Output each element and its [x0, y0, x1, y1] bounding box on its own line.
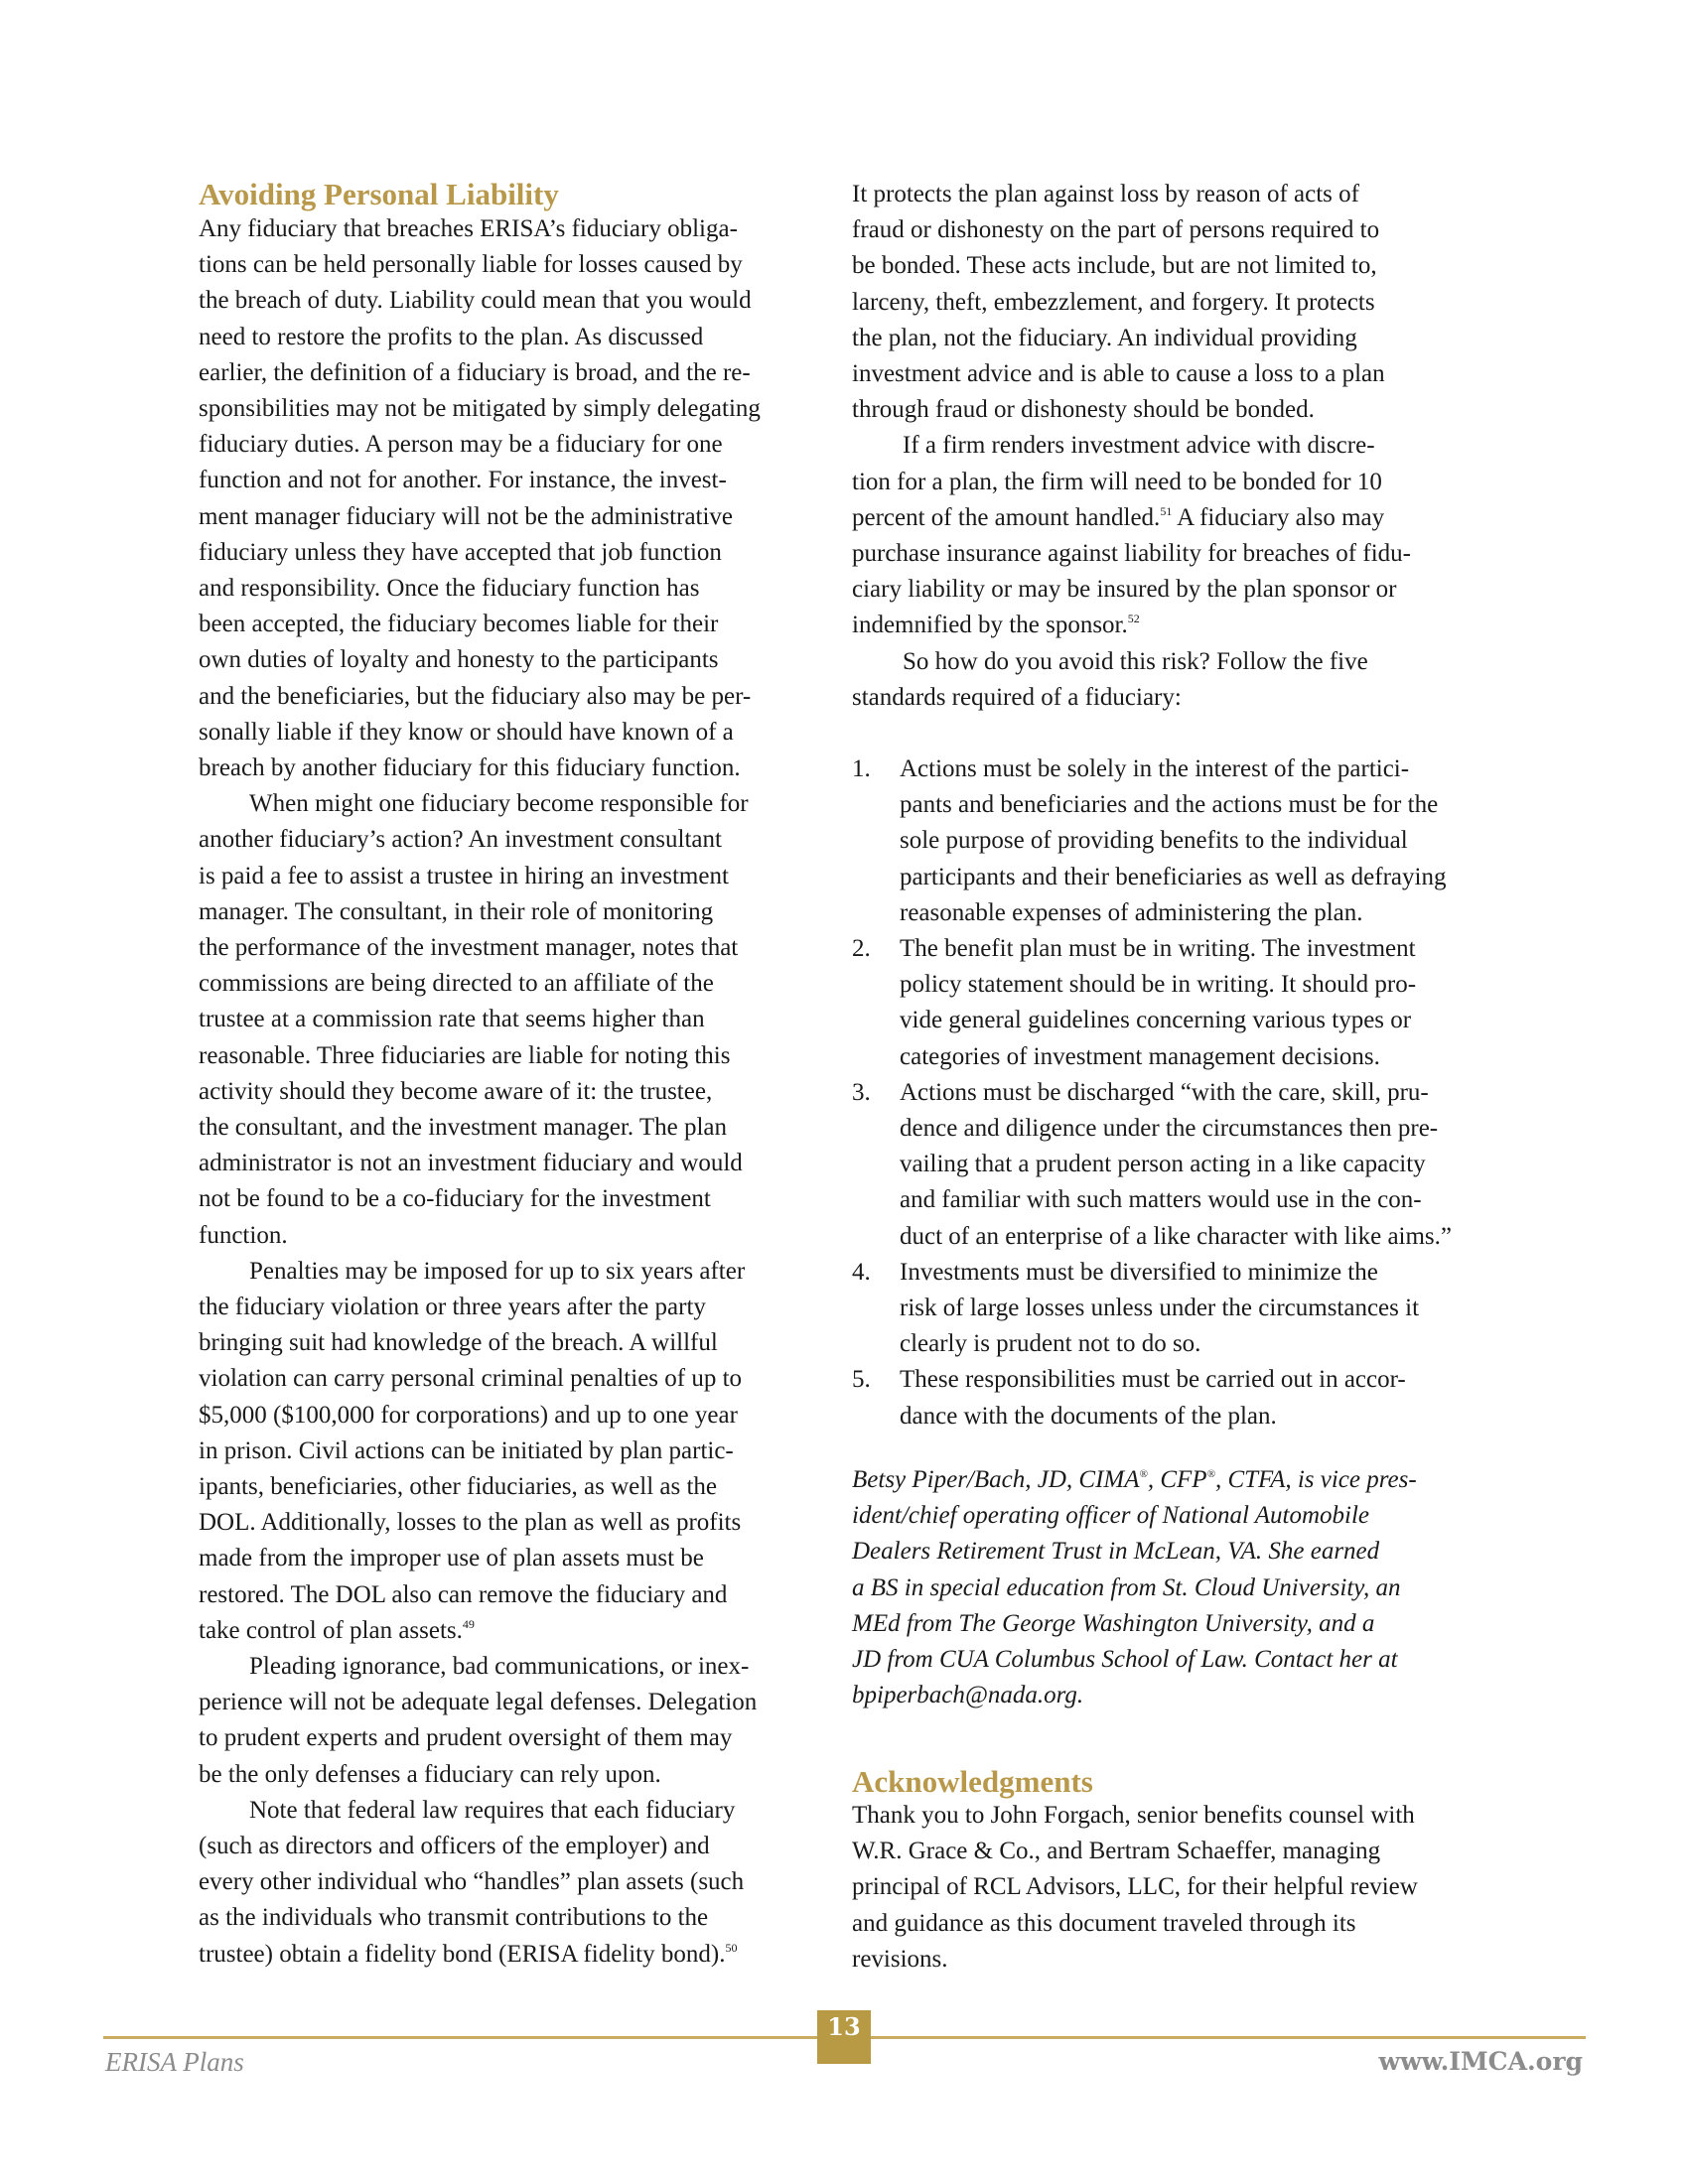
line-text: trustee) obtain a fidelity bond (ERISA f…	[199, 1941, 725, 1968]
bio-line: Betsy Piper/Bach, JD, CIMA®, CFP®, CTFA,…	[852, 1462, 1417, 1498]
paragraph-line: own duties of loyalty and honesty to the…	[199, 642, 719, 678]
footnote-reference[interactable]: 51	[1160, 504, 1172, 518]
line-text: another fiduciary’s action? An investmen…	[199, 826, 722, 853]
line-text: not be found to be a co-fiduciary for th…	[199, 1185, 711, 1212]
paragraph-line: ipants, beneficiaries, other fiduciaries…	[199, 1469, 717, 1505]
paragraph-line: every other individual who “handles” pla…	[199, 1864, 744, 1900]
line-text: reasonable. Three fiduciaries are liable…	[199, 1042, 730, 1069]
line-text: and responsibility. Once the fiduciary f…	[199, 575, 700, 602]
paragraph-line: DOL. Additionally, losses to the plan as…	[199, 1505, 741, 1541]
bio-line: a BS in special education from St. Cloud…	[852, 1570, 1401, 1606]
line-text: is paid a fee to assist a trustee in hir…	[199, 863, 729, 889]
paragraph-line: function.	[199, 1218, 288, 1254]
list-item-line: vailing that a prudent person acting in …	[900, 1147, 1426, 1182]
line-text: the consultant, and the investment manag…	[199, 1114, 727, 1141]
line-text: administrator is not an investment fiduc…	[199, 1150, 743, 1176]
line-text: every other individual who “handles” pla…	[199, 1868, 744, 1895]
line-text: violation can carry personal criminal pe…	[199, 1365, 742, 1392]
line-text: DOL. Additionally, losses to the plan as…	[199, 1509, 741, 1536]
paragraph-line: the fiduciary violation or three years a…	[199, 1290, 706, 1325]
paragraph-line: Penalties may be imposed for up to six y…	[249, 1254, 745, 1290]
line-text: So how do you avoid this risk? Follow th…	[903, 648, 1368, 675]
ack-line: Thank you to John Forgach, senior benefi…	[852, 1798, 1415, 1834]
list-item-line: dence and diligence under the circumstan…	[900, 1111, 1438, 1147]
list-number: 5.	[852, 1362, 871, 1398]
list-number: 2.	[852, 931, 871, 967]
paragraph-line: Note that federal law requires that each…	[249, 1793, 735, 1829]
line-text: purchase insurance against liability for…	[852, 540, 1411, 567]
paragraph-line: bringing suit had knowledge of the breac…	[199, 1325, 718, 1361]
paragraph-line: administrator is not an investment fiduc…	[199, 1146, 743, 1181]
paragraph-line: in prison. Civil actions can be initiate…	[199, 1433, 734, 1469]
list-item-line: categories of investment management deci…	[900, 1039, 1380, 1075]
author-email-link[interactable]: bpiperbach@nada.org.	[852, 1678, 1083, 1713]
list-item-line: and familiar with such matters would use…	[900, 1182, 1422, 1218]
paragraph-line: violation can carry personal criminal pe…	[199, 1361, 742, 1397]
line-text: (such as directors and officers of the e…	[199, 1833, 710, 1859]
paragraph-line: When might one fiduciary become responsi…	[249, 786, 749, 822]
line-text: and the beneficiaries, but the fiduciary…	[199, 683, 751, 710]
list-item-line: participants and their beneficiaries as …	[900, 860, 1446, 895]
list-item-line: sole purpose of providing benefits to th…	[900, 823, 1408, 859]
line-text: own duties of loyalty and honesty to the…	[199, 646, 719, 673]
list-item-line: reasonable expenses of administering the…	[900, 895, 1363, 931]
line-text: the plan, not the fiduciary. An individu…	[852, 325, 1357, 351]
paragraph-line: fiduciary duties. A person may be a fidu…	[199, 427, 723, 463]
footer-publication-title: ERISA Plans	[105, 2047, 244, 2078]
paragraph-line: another fiduciary’s action? An investmen…	[199, 822, 722, 858]
paragraph-line: perience will not be adequate legal defe…	[199, 1685, 757, 1720]
footnote-reference[interactable]: 49	[463, 1617, 475, 1631]
paragraph-line: earlier, the definition of a fiduciary i…	[199, 355, 751, 391]
line-text: take control of plan assets.	[199, 1617, 463, 1644]
paragraph-line: breach by another fiduciary for this fid…	[199, 751, 741, 786]
line-text: ment manager fiduciary will not be the a…	[199, 503, 733, 530]
list-item-line: Actions must be solely in the interest o…	[900, 751, 1409, 787]
paragraph-line: take control of plan assets.49	[199, 1613, 475, 1649]
paragraph-line: $5,000 ($100,000 for corporations) and u…	[199, 1398, 738, 1433]
paragraph-line: investment advice and is able to cause a…	[852, 356, 1385, 392]
ack-line: W.R. Grace & Co., and Bertram Schaeffer,…	[852, 1834, 1380, 1869]
line-text: percent of the amount handled.	[852, 504, 1160, 531]
list-item-line: pants and beneficiaries and the actions …	[900, 787, 1438, 823]
footnote-reference[interactable]: 50	[725, 1941, 737, 1955]
line-text: investment advice and is able to cause a…	[852, 360, 1385, 387]
list-item-line: Actions must be discharged “with the car…	[900, 1075, 1429, 1111]
ack-line: and guidance as this document traveled t…	[852, 1906, 1356, 1942]
line-text: tion for a plan, the firm will need to b…	[852, 469, 1382, 495]
bio-line: JD from CUA Columbus School of Law. Cont…	[852, 1642, 1398, 1678]
paragraph-line: larceny, theft, embezzlement, and forger…	[852, 285, 1375, 321]
paragraph-line: ment manager fiduciary will not be the a…	[199, 499, 733, 535]
list-item-line: These responsibilities must be carried o…	[900, 1362, 1406, 1398]
line-text: Any fiduciary that breaches ERISA’s fidu…	[199, 215, 738, 242]
line-text: If a firm renders investment advice with…	[903, 432, 1375, 459]
line-text: fiduciary duties. A person may be a fidu…	[199, 431, 723, 458]
paragraph-line: fiduciary unless they have accepted that…	[199, 535, 722, 571]
line-text: been accepted, the fiduciary becomes lia…	[199, 611, 718, 637]
paragraph-line: trustee at a commission rate that seems …	[199, 1002, 705, 1037]
line-text: bringing suit had knowledge of the breac…	[199, 1329, 718, 1356]
paragraph-line: and responsibility. Once the fiduciary f…	[199, 571, 700, 607]
paragraph-line: to prudent experts and prudent oversight…	[199, 1720, 732, 1756]
paragraph-line: (such as directors and officers of the e…	[199, 1829, 710, 1864]
paragraph-line: fraud or dishonesty on the part of perso…	[852, 212, 1379, 248]
paragraph-line: activity should they become aware of it:…	[199, 1074, 712, 1110]
line-text: commissions are being directed to an aff…	[199, 970, 714, 997]
line-text: to prudent experts and prudent oversight…	[199, 1724, 732, 1751]
line-text: restored. The DOL also can remove the fi…	[199, 1581, 727, 1608]
ack-line: principal of RCL Advisors, LLC, for thei…	[852, 1869, 1418, 1905]
footnote-reference[interactable]: 52	[1128, 612, 1140, 625]
line-text: perience will not be adequate legal defe…	[199, 1689, 757, 1715]
line-text: the fiduciary violation or three years a…	[199, 1294, 706, 1320]
paragraph-line: need to restore the profits to the plan.…	[199, 320, 703, 355]
line-text: sonally liable if they know or should ha…	[199, 719, 734, 746]
section-heading-avoiding-liability: Avoiding Personal Liability	[199, 177, 559, 212]
line-text: ipants, beneficiaries, other fiduciaries…	[199, 1473, 717, 1500]
paragraph-line: ciary liability or may be insured by the…	[852, 572, 1397, 608]
line-text: be bonded. These acts include, but are n…	[852, 252, 1377, 279]
paragraph-line: the consultant, and the investment manag…	[199, 1110, 727, 1146]
line-text: ciary liability or may be insured by the…	[852, 576, 1397, 603]
line-text: function and not for another. For instan…	[199, 467, 727, 493]
paragraph-line: indemnified by the sponsor.52	[852, 608, 1140, 643]
list-item-line: duct of an enterprise of a like characte…	[900, 1219, 1452, 1255]
line-text: indemnified by the sponsor.	[852, 612, 1128, 638]
paragraph-line: tion for a plan, the firm will need to b…	[852, 465, 1382, 500]
paragraph-line: restored. The DOL also can remove the fi…	[199, 1577, 727, 1613]
line-text: in prison. Civil actions can be initiate…	[199, 1437, 734, 1464]
line-text: through fraud or dishonesty should be bo…	[852, 396, 1315, 423]
paragraph-line: standards required of a fiduciary:	[852, 680, 1182, 716]
paragraph-line: commissions are being directed to an aff…	[199, 966, 714, 1002]
paragraph-line: been accepted, the fiduciary becomes lia…	[199, 607, 718, 642]
line-text-continued: A fiduciary also may	[1172, 504, 1384, 531]
line-text: It protects the plan against loss by rea…	[852, 181, 1359, 207]
line-text: fiduciary unless they have accepted that…	[199, 539, 722, 566]
bio-line: Dealers Retirement Trust in McLean, VA. …	[852, 1534, 1379, 1570]
list-item-line: Investments must be diversified to minim…	[900, 1255, 1378, 1291]
paragraph-line: Any fiduciary that breaches ERISA’s fidu…	[199, 211, 738, 247]
line-text: made from the improper use of plan asset…	[199, 1545, 704, 1571]
line-text: need to restore the profits to the plan.…	[199, 324, 703, 350]
line-text: Penalties may be imposed for up to six y…	[249, 1258, 745, 1285]
line-text: the performance of the investment manage…	[199, 934, 738, 961]
paragraph-line: the plan, not the fiduciary. An individu…	[852, 321, 1357, 356]
list-number: 4.	[852, 1255, 871, 1291]
paragraph-line: not be found to be a co-fiduciary for th…	[199, 1181, 711, 1217]
list-item-line: vide general guidelines concerning vario…	[900, 1003, 1411, 1038]
list-item-line: risk of large losses unless under the ci…	[900, 1291, 1419, 1326]
line-text: larceny, theft, embezzlement, and forger…	[852, 289, 1375, 316]
paragraph-line: made from the improper use of plan asset…	[199, 1541, 704, 1576]
list-item-line: The benefit plan must be in writing. The…	[900, 931, 1416, 967]
list-item-line: clearly is prudent not to do so.	[900, 1326, 1200, 1362]
page-number-badge: 13	[817, 2010, 871, 2064]
paragraph-line: be the only defenses a fiduciary can rel…	[199, 1757, 661, 1793]
bio-line: ident/chief operating officer of Nationa…	[852, 1498, 1369, 1534]
paragraph-line: as the individuals who transmit contribu…	[199, 1900, 708, 1936]
paragraph-line: sonally liable if they know or should ha…	[199, 715, 734, 751]
line-text: earlier, the definition of a fiduciary i…	[199, 359, 751, 386]
line-text: standards required of a fiduciary:	[852, 684, 1182, 711]
paragraph-line: manager. The consultant, in their role o…	[199, 894, 713, 930]
line-text: be the only defenses a fiduciary can rel…	[199, 1761, 661, 1788]
line-text: When might one fiduciary become responsi…	[249, 790, 749, 817]
line-text: manager. The consultant, in their role o…	[199, 898, 713, 925]
paragraph-line: sponsibilities may not be mitigated by s…	[199, 391, 761, 427]
line-text: function.	[199, 1222, 288, 1249]
line-text: trustee at a commission rate that seems …	[199, 1006, 705, 1032]
line-text: Pleading ignorance, bad communications, …	[249, 1653, 749, 1680]
line-text: breach by another fiduciary for this fid…	[199, 754, 741, 781]
paragraph-line: If a firm renders investment advice with…	[903, 428, 1375, 464]
ack-line: revisions.	[852, 1942, 948, 1978]
paragraph-line: percent of the amount handled.51 A fiduc…	[852, 500, 1384, 536]
paragraph-line: So how do you avoid this risk? Follow th…	[903, 644, 1368, 680]
paragraph-line: It protects the plan against loss by rea…	[852, 177, 1359, 212]
footer-website-link[interactable]: www.IMCA.org	[1379, 2047, 1583, 2076]
line-text: sponsibilities may not be mitigated by s…	[199, 395, 761, 422]
paragraph-line: the breach of duty. Liability could mean…	[199, 283, 752, 319]
line-text: Note that federal law requires that each…	[249, 1797, 735, 1824]
paragraph-line: tions can be held personally liable for …	[199, 247, 743, 283]
paragraph-line: is paid a fee to assist a trustee in hir…	[199, 859, 729, 894]
line-text: as the individuals who transmit contribu…	[199, 1904, 708, 1931]
paragraph-line: and the beneficiaries, but the fiduciary…	[199, 679, 751, 715]
paragraph-line: trustee) obtain a fidelity bond (ERISA f…	[199, 1937, 737, 1973]
line-text: the breach of duty. Liability could mean…	[199, 287, 752, 314]
paragraph-line: the performance of the investment manage…	[199, 930, 738, 966]
section-heading-acknowledgments: Acknowledgments	[852, 1764, 1093, 1800]
paragraph-line: reasonable. Three fiduciaries are liable…	[199, 1038, 730, 1074]
paragraph-line: purchase insurance against liability for…	[852, 536, 1411, 572]
line-text: activity should they become aware of it:…	[199, 1078, 712, 1105]
list-number: 3.	[852, 1075, 871, 1111]
paragraph-line: function and not for another. For instan…	[199, 463, 727, 498]
list-number: 1.	[852, 751, 871, 787]
paragraph-line: be bonded. These acts include, but are n…	[852, 248, 1377, 284]
line-text: fraud or dishonesty on the part of perso…	[852, 216, 1379, 243]
bio-line: MEd from The George Washington Universit…	[852, 1606, 1374, 1642]
paragraph-line: Pleading ignorance, bad communications, …	[249, 1649, 749, 1685]
list-item-line: policy statement should be in writing. I…	[900, 967, 1416, 1003]
paragraph-line: through fraud or dishonesty should be bo…	[852, 392, 1315, 428]
list-item-line: dance with the documents of the plan.	[900, 1399, 1277, 1434]
line-text: tions can be held personally liable for …	[199, 251, 743, 278]
line-text: $5,000 ($100,000 for corporations) and u…	[199, 1402, 738, 1429]
